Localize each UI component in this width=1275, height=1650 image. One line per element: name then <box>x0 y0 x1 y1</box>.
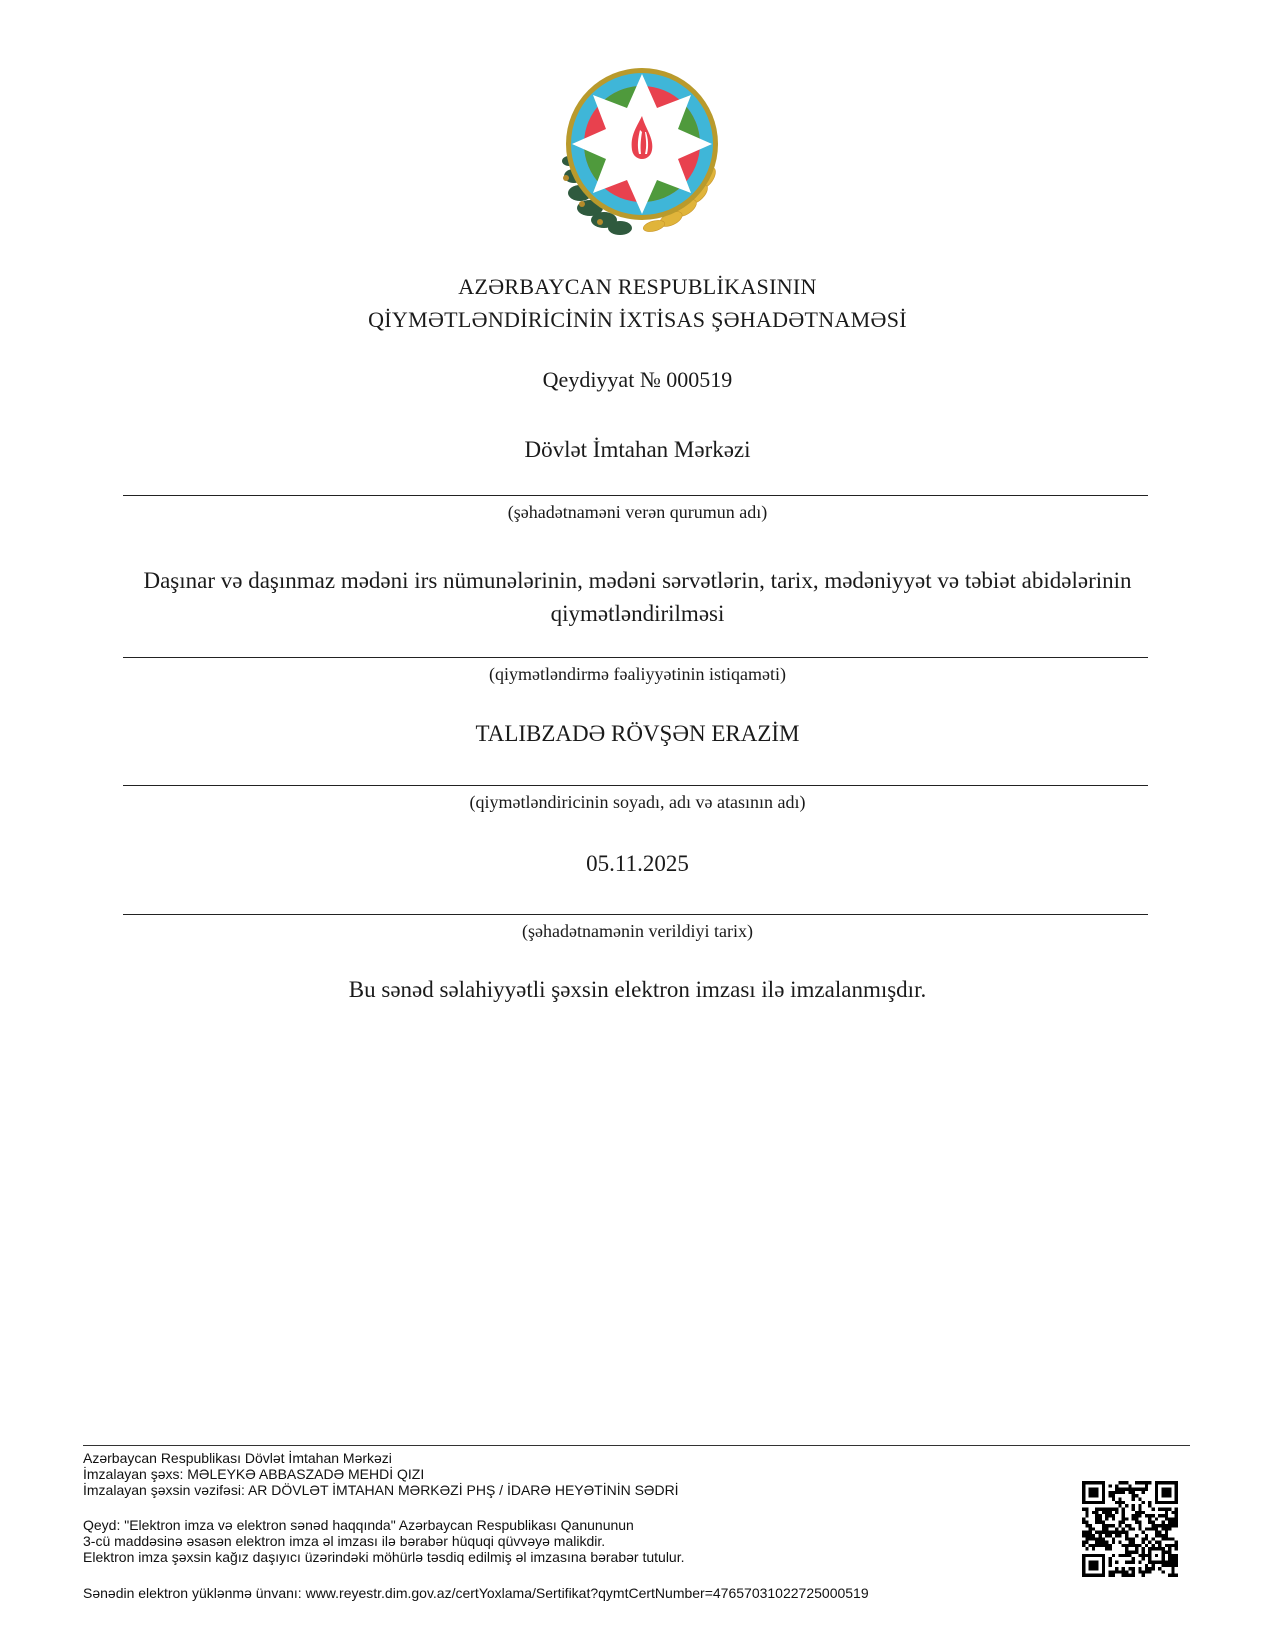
footer-legal-note: Qeyd: "Elektron imza və elektron sənəd h… <box>83 1517 685 1565</box>
footer-download-url[interactable]: Sənədin elektron yüklənmə ünvanı: www.re… <box>83 1585 869 1601</box>
footer-note-line-3: Elektron imza şəxsin kağız daşıyıcı üzər… <box>83 1549 685 1565</box>
issue-date-value: 05.11.2025 <box>0 851 1275 877</box>
electronic-signature-note: Bu sənəd səlahiyyətli şəxsin elektron im… <box>0 977 1275 1003</box>
footer-note-line-2: 3-cü maddəsinə əsasən elektron imza əl i… <box>83 1533 685 1549</box>
issuer-underline <box>123 495 1148 496</box>
footer-issuer: Azərbaycan Respublikası Dövlət İmtahan M… <box>83 1450 679 1466</box>
footer-signer: İmzalayan şəxs: MƏLEYKƏ ABBASZADƏ MEHDİ … <box>83 1466 679 1482</box>
appraiser-name-value: TALIBZADƏ RÖVŞƏN ERAZİM <box>0 721 1275 747</box>
qr-code-icon[interactable] <box>1082 1481 1178 1577</box>
issue-date-underline <box>123 914 1148 915</box>
footer-signature-block: Azərbaycan Respublikası Dövlət İmtahan M… <box>83 1450 679 1498</box>
issue-date-caption: (şəhadətnamənin verildiyi tarix) <box>0 921 1275 942</box>
certificate-title: AZƏRBAYCAN RESPUBLİKASININ QİYMƏTLƏNDİRİ… <box>0 270 1275 336</box>
activity-direction-caption: (qiymətləndirmə fəaliyyətinin istiqaməti… <box>0 664 1275 685</box>
issuer-value: Dövlət İmtahan Mərkəzi <box>0 437 1275 463</box>
activity-direction-value: Daşınar və daşınmaz mədəni irs nümunələr… <box>0 564 1275 630</box>
activity-direction-underline <box>123 657 1148 658</box>
footer-note-line-1: Qeyd: "Elektron imza və elektron sənəd h… <box>83 1517 685 1533</box>
registration-number: Qeydiyyat № 000519 <box>0 367 1275 393</box>
appraiser-name-caption: (qiymətləndiricinin soyadı, adı və atası… <box>0 792 1275 813</box>
footer-divider <box>83 1445 1190 1446</box>
title-line-2: QİYMƏTLƏNDİRİCİNİN İXTİSAS ŞƏHADƏTNAMƏSİ <box>0 303 1275 336</box>
azerbaijan-coat-of-arms-icon <box>552 58 732 240</box>
appraiser-name-underline <box>123 785 1148 786</box>
issuer-caption: (şəhadətnaməni verən qurumun adı) <box>0 502 1275 523</box>
footer-signer-position: İmzalayan şəxsin vəzifəsi: AR DÖVLƏT İMT… <box>83 1482 679 1498</box>
title-line-1: AZƏRBAYCAN RESPUBLİKASININ <box>0 270 1275 303</box>
